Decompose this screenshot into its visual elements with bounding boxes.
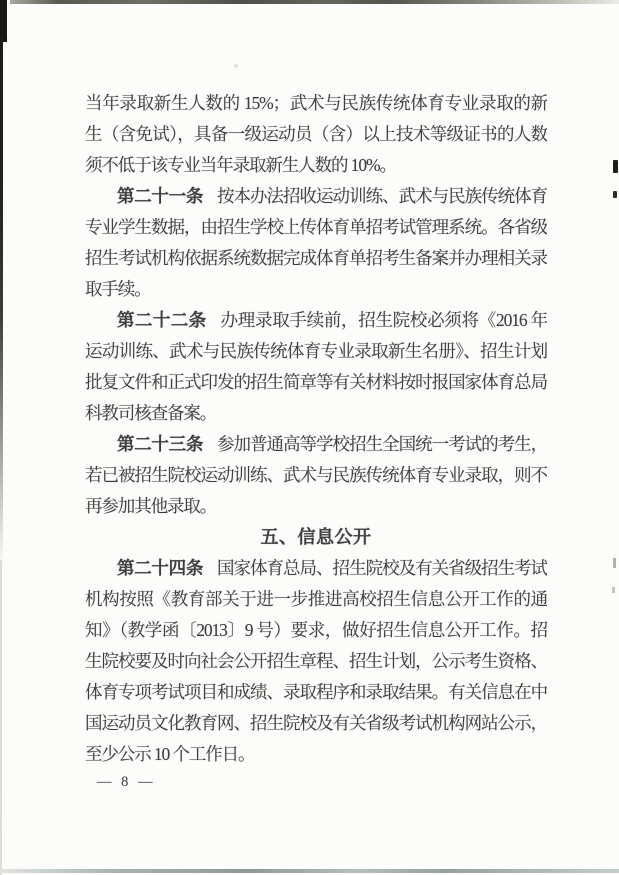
article-number: 第二十二条 — [117, 310, 207, 330]
paragraph-line: 知》（教学函〔2013〕9 号）要求，做好招生信息公开工作。招 — [85, 615, 547, 646]
scan-left-shadow — [0, 560, 2, 875]
paragraph-line: 科教司核查备案。 — [85, 398, 547, 429]
scan-right-edge-mark — [613, 160, 618, 173]
scan-bottom-edge-artifact — [0, 869, 619, 873]
paragraph-line: 取手续。 — [85, 274, 547, 305]
article-23-line: 第二十三条参加普通高等学校招生全国统一考试的考生， — [85, 429, 547, 460]
paragraph-line: 专业学生数据，由招生学校上传体育单招考试管理系统。各省级 — [85, 212, 547, 243]
scan-right-edge-mark — [613, 191, 617, 198]
line-text: 办理录取手续前，招生院校必须将《2016 年 — [221, 310, 547, 330]
line-text: 参加普通高等学校招生全国统一考试的考生， — [217, 434, 547, 454]
article-number: 第二十三条 — [117, 434, 203, 454]
paragraph-line: 国运动员文化教育网、招生院校及有关省级考试机构网站公示， — [85, 708, 547, 739]
paragraph-line: 机构按照《教育部关于进一步推进高校招生信息公开工作的通 — [85, 584, 547, 615]
paragraph-line: 至少公示 10 个工作日。 — [85, 739, 547, 770]
paragraph-line: 体育专项考试项目和成绩、录取程序和录取结果。有关信息在中 — [85, 677, 547, 708]
line-text: 按本办法招收运动训练、武术与民族传统体育 — [217, 186, 547, 206]
scan-speckle — [234, 64, 238, 68]
article-24-line: 第二十四条国家体育总局、招生院校及有关省级招生考试 — [85, 553, 547, 584]
article-22-line: 第二十二条办理录取手续前，招生院校必须将《2016 年 — [85, 305, 547, 336]
paragraph-line: 当年录取新生人数的 15%；武术与民族传统体育专业录取的新 — [85, 88, 547, 119]
scan-left-edge-artifact — [0, 36, 3, 566]
line-text: 国家体育总局、招生院校及有关省级招生考试 — [217, 558, 547, 578]
article-21-line: 第二十一条按本办法招收运动训练、武术与民族传统体育 — [85, 181, 547, 212]
paragraph-line: 运动训练、武术与民族传统体育专业录取新生名册》、招生计划 — [85, 336, 547, 367]
scan-right-edge-speck — [612, 587, 615, 593]
article-number: 第二十四条 — [117, 558, 203, 578]
paragraph-line: 再参加其他录取。 — [85, 491, 547, 522]
page-number: — 8 — — [97, 774, 156, 791]
article-number: 第二十一条 — [117, 186, 203, 206]
scan-right-edge-speck — [613, 558, 616, 568]
paragraph-line: 批复文件和正式印发的招生简章等有关材料按时报国家体育总局 — [85, 367, 547, 398]
paragraph-line: 生院校要及时向社会公开招生章程、招生计划，公示考生资格、 — [85, 646, 547, 677]
scanned-document-page: 当年录取新生人数的 15%；武术与民族传统体育专业录取的新 生（含免试），具备一… — [0, 0, 619, 875]
text-column: 当年录取新生人数的 15%；武术与民族传统体育专业录取的新 生（含免试），具备一… — [85, 88, 547, 770]
paragraph-line: 招生考试机构依据系统数据完成体育单招考生备案并办理相关录 — [85, 243, 547, 274]
paragraph-line: 生（含免试），具备一级运动员（含）以上技术等级证书的人数 — [85, 119, 547, 150]
scan-top-edge-artifact — [10, 0, 619, 4]
paragraph-line: 须不低于该专业当年录取新生人数的 10%。 — [85, 150, 547, 181]
section-heading: 五、信息公开 — [85, 522, 547, 553]
paragraph-line: 若已被招生院校运动训练、武术与民族传统体育专业录取，则不 — [85, 460, 547, 491]
